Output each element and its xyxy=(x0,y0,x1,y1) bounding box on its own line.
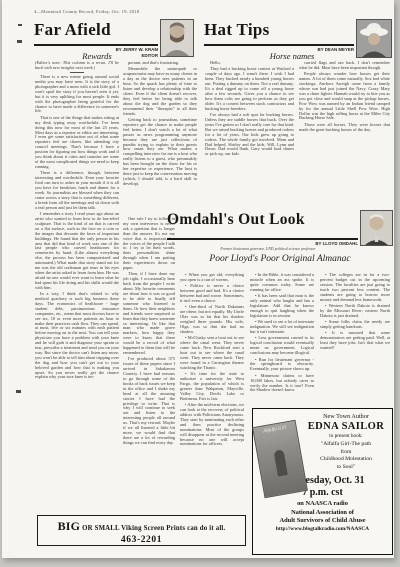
book-cover-title: Alfalfa Girl xyxy=(263,425,287,434)
book-cover-figure xyxy=(274,449,288,476)
note-divider xyxy=(70,72,84,73)
edna-sailor-ad: Alfalfa Girl New Town Author EDNA SAILOR… xyxy=(252,408,393,555)
network-line: Adult Survivors of Child Abuse xyxy=(256,517,389,525)
masthead: 4—Mountrail County Record, Friday, Oct. … xyxy=(34,9,139,14)
far-afield-column-1-text: There is a new meme going around social … xyxy=(35,75,119,380)
far-afield-title: Far Afield xyxy=(34,20,111,40)
far-afield-column-2-upper: portant, and that's frustrating.Meanwhil… xyxy=(123,61,197,213)
book-title-line: from xyxy=(303,449,389,457)
registration-mark xyxy=(18,24,22,26)
far-afield-column-1: (Editor's note: This column is a rerun. … xyxy=(35,61,119,507)
kram-portrait-photo xyxy=(160,19,194,57)
omdahl-column-2: • In the Bible, it was considered a mira… xyxy=(250,273,314,404)
editors-note: (Editor's note: This column is a rerun. … xyxy=(35,61,119,71)
sailor-ad-url: http://www.blogtalkradio.com/NAASCA xyxy=(256,526,389,532)
registration-mark xyxy=(16,390,21,393)
omdahl-byline-role: Former lieutenant governor, UND politica… xyxy=(178,247,358,251)
viking-ad-phone: 463-2201 xyxy=(38,535,245,545)
far-afield-rule xyxy=(34,44,158,46)
omdahl-rule xyxy=(167,238,358,240)
book-title-line: "Alfalfa Girl-The path xyxy=(303,441,389,449)
book-title-line: to Soul" xyxy=(303,464,389,472)
sailor-ad-kicker: New Town Author xyxy=(303,413,389,420)
hat-tips-rule xyxy=(204,44,354,46)
omdahl-subhead: Poor Lloyd's Poor Original Almanac xyxy=(167,254,393,264)
far-afield-subhead: Rewards xyxy=(34,51,160,61)
omdahl-column-3: • The colleges are in for a two-percent … xyxy=(320,273,390,404)
book-title-line: Childhood Molestation xyxy=(303,456,389,464)
bearded-man-portrait xyxy=(161,20,193,56)
sailor-ad-network: on NAASCA radio National Association of … xyxy=(256,500,389,525)
omdahl-byline: BY LLOYD OMDAHL xyxy=(252,241,358,247)
sailor-ad-present: to present book: xyxy=(303,433,389,439)
sailor-ad-author-name: EDNA SAILOR xyxy=(303,421,389,432)
viking-screen-prints-ad: BIG OR SMALL Viking Screen Prints can do… xyxy=(37,515,246,546)
network-line: National Association of xyxy=(256,509,389,517)
omdahl-portrait-photo xyxy=(360,210,393,246)
registration-mark xyxy=(17,40,22,43)
network-line: on NAASCA radio xyxy=(256,500,389,508)
viking-ad-rest: OR SMALL Viking Screen Prints can do it … xyxy=(82,525,225,532)
older-man-suit-portrait xyxy=(361,211,392,245)
hat-tips-subhead: Horse names xyxy=(204,51,380,61)
viking-ad-text: BIG OR SMALL Viking Screen Prints can do… xyxy=(38,519,245,534)
hat-tips-title: Hat Tips xyxy=(204,20,270,40)
newspaper-page: 4—Mountrail County Record, Friday, Oct. … xyxy=(2,0,394,558)
hat-tips-column-1: Hello,They had a bucking horse contest a… xyxy=(205,61,294,209)
viking-ad-big-word: BIG xyxy=(58,519,81,533)
omdahl-column-1: • When you get old, everything you open … xyxy=(180,273,244,507)
hat-tips-column-2: carried flags and ran back. I don't reme… xyxy=(299,61,390,209)
sailor-ad-book-title: "Alfalfa Girl-The path from Childhood Mo… xyxy=(303,441,389,471)
omdahl-title: Omdahl's Out Look xyxy=(167,211,305,229)
